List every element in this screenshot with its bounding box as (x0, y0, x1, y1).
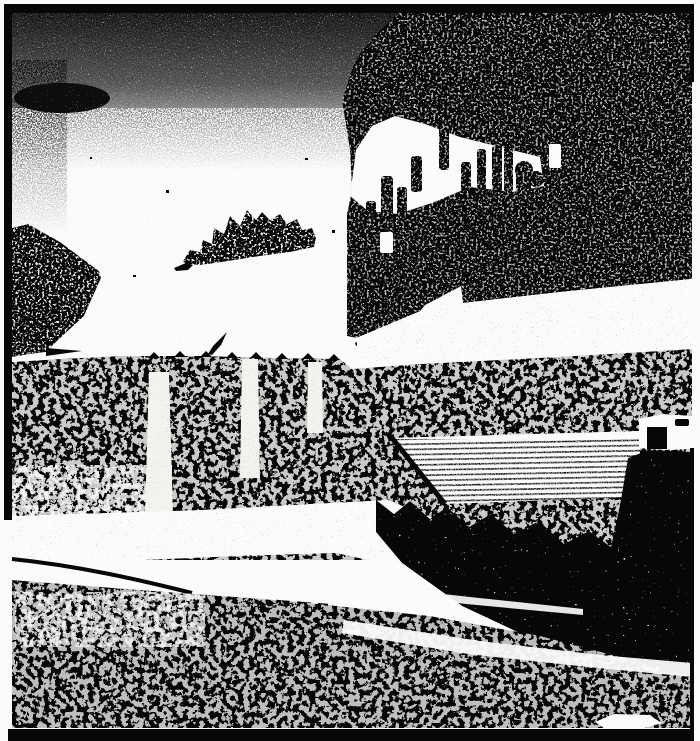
border-right-bottom (690, 448, 694, 741)
border-bottom (8, 729, 692, 741)
border-right-top (690, 4, 694, 82)
border-left (4, 4, 12, 520)
border-top (4, 4, 692, 13)
scan-grain-overlay (12, 13, 690, 719)
scanned-photo: Scanned halftone newspaper photograph of… (0, 0, 700, 741)
photo-canvas: Scanned halftone newspaper photograph of… (0, 0, 700, 741)
